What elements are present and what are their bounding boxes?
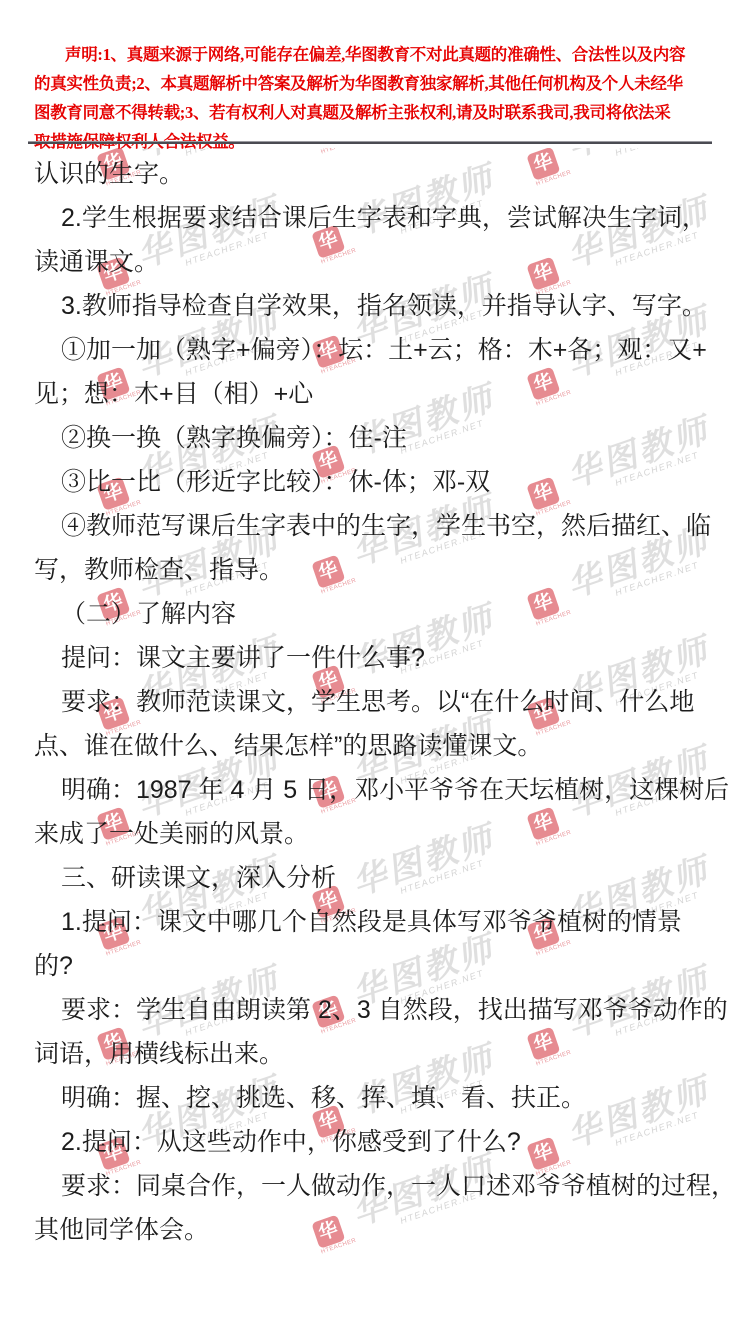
paragraph-line: 写，教师检查、指导。: [34, 548, 734, 592]
paragraph: 1.提问：课文中哪几个自然段是具体写邓爷爷植树的情景的?: [34, 900, 734, 988]
paragraph: 要求：同桌合作，一人做动作，一人口述邓爷爷植树的过程，其他同学体会。: [34, 1164, 734, 1252]
paragraph-line: 明确：1987 年 4 月 5 日，邓小平爷爷在天坛植树，这棵树后: [34, 768, 734, 812]
disclaimer-label: 声明:: [65, 45, 103, 64]
paragraph: 3.教师指导检查自学效果，指名领读，并指导认字、写字。: [34, 284, 734, 328]
paragraph-line: 要求：教师范读课文，学生思考。以“在什么时间、什么地: [34, 680, 734, 724]
paragraph: 三、研读课文，深入分析: [34, 856, 734, 900]
paragraph-line: ④教师范写课后生字表中的生字，学生书空，然后描红、临: [34, 504, 734, 548]
paragraph-line: 要求：同桌合作，一人做动作，一人口述邓爷爷植树的过程，: [34, 1164, 734, 1208]
paragraph: 认识的生字。: [34, 152, 734, 196]
paragraph: （二）了解内容: [34, 592, 734, 636]
paragraph: 要求：教师范读课文，学生思考。以“在什么时间、什么地点、谁在做什么、结果怎样”的…: [34, 680, 734, 768]
paragraph-line: ②换一换（熟字换偏旁）：住-注: [34, 416, 734, 460]
paragraph-line: ①加一加（熟字+偏旁）：坛：土+云；格：木+各；观：又+: [34, 328, 734, 372]
paragraph: 明确：握、挖、挑选、移、挥、填、看、扶正。: [34, 1076, 734, 1120]
paragraph-line: 2.学生根据要求结合课后生字表和字典，尝试解决生字词，: [34, 196, 734, 240]
disclaimer-line: 图教育同意不得转载;3、若有权利人对真题及解析主张权利,请及时联系我司,我司将依…: [34, 98, 724, 127]
paragraph: ①加一加（熟字+偏旁）：坛：土+云；格：木+各；观：又+见；想：木+目（相）+心: [34, 328, 734, 416]
paragraph-line: 明确：握、挖、挑选、移、挥、填、看、扶正。: [34, 1076, 734, 1120]
paragraph: ③比一比（形近字比较）：休-体；邓-双: [34, 460, 734, 504]
paragraph-line: 1.提问：课文中哪几个自然段是具体写邓爷爷植树的情景: [34, 900, 734, 944]
paragraph: ②换一换（熟字换偏旁）：住-注: [34, 416, 734, 460]
paragraph-line: 2.提问：从这些动作中，你感受到了什么?: [34, 1120, 734, 1164]
paragraph-line: 要求：学生自由朗读第 2、3 自然段，找出描写邓爷爷动作的: [34, 988, 734, 1032]
paragraph: 2.提问：从这些动作中，你感受到了什么?: [34, 1120, 734, 1164]
section-divider: [28, 141, 712, 144]
paragraph: ④教师范写课后生字表中的生字，学生书空，然后描红、临写，教师检查、指导。: [34, 504, 734, 592]
paragraph-line: 点、谁在做什么、结果怎样”的思路读懂课文。: [34, 724, 734, 768]
paragraph-line: 3.教师指导检查自学效果，指名领读，并指导认字、写字。: [34, 284, 734, 328]
paragraph-line: 见；想：木+目（相）+心: [34, 372, 734, 416]
paragraph: 提问：课文主要讲了一件什么事?: [34, 636, 734, 680]
paragraph-line: 其他同学体会。: [34, 1208, 734, 1252]
document-body: 认识的生字。2.学生根据要求结合课后生字表和字典，尝试解决生字词，读通课文。3.…: [34, 152, 734, 1252]
paragraph: 要求：学生自由朗读第 2、3 自然段，找出描写邓爷爷动作的词语，用横线标出来。: [34, 988, 734, 1076]
paragraph-line: 三、研读课文，深入分析: [34, 856, 734, 900]
disclaimer-line: 声明:1、真题来源于网络,可能存在偏差,华图教育不对此真题的准确性、合法性以及内…: [34, 40, 724, 69]
paragraph-line: （二）了解内容: [34, 592, 734, 636]
paragraph-line: 来成了一处美丽的风景。: [34, 812, 734, 856]
paragraph-line: 认识的生字。: [34, 152, 734, 196]
paragraph-line: 词语，用横线标出来。: [34, 1032, 734, 1076]
paragraph: 明确：1987 年 4 月 5 日，邓小平爷爷在天坛植树，这棵树后来成了一处美丽…: [34, 768, 734, 856]
paragraph-line: 提问：课文主要讲了一件什么事?: [34, 636, 734, 680]
paragraph-line: 的?: [34, 944, 734, 988]
paragraph: 2.学生根据要求结合课后生字表和字典，尝试解决生字词，读通课文。: [34, 196, 734, 284]
paragraph-line: 读通课文。: [34, 240, 734, 284]
disclaimer-line: 的真实性负责;2、本真题解析中答案及解析为华图教育独家解析,其他任何机构及个人未…: [34, 69, 724, 98]
document-page: 华HTEACHER华图教师HTEACHER.NET华HTEACHER华图教师HT…: [0, 0, 748, 1335]
disclaimer-notice: 声明:1、真题来源于网络,可能存在偏差,华图教育不对此真题的准确性、合法性以及内…: [34, 40, 724, 156]
paragraph-line: ③比一比（形近字比较）：休-体；邓-双: [34, 460, 734, 504]
